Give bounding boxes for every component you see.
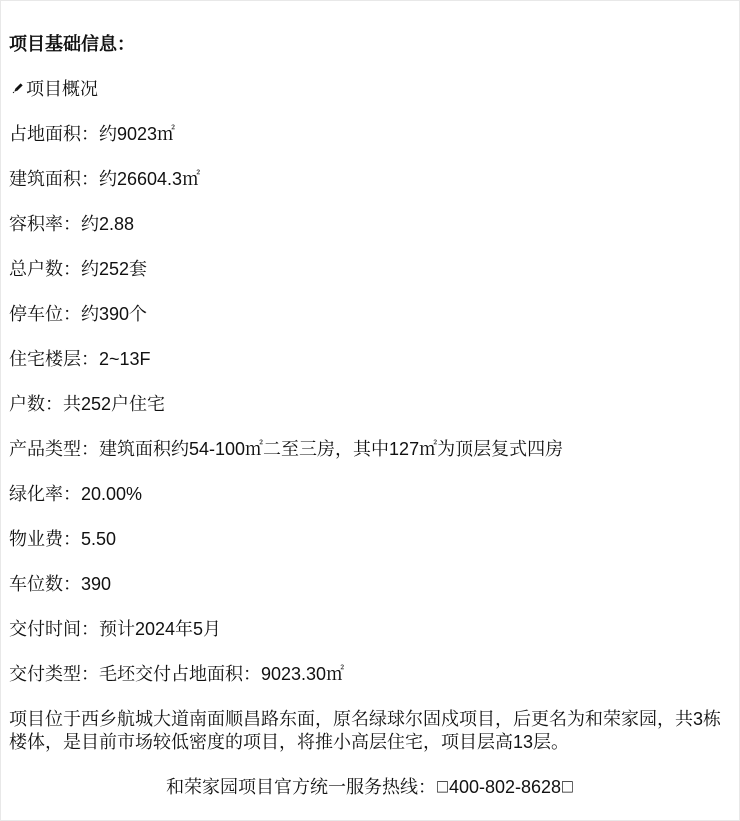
info-line-value: 预计2024年5月 — [99, 619, 221, 639]
info-line: 总户数：约252套 — [9, 258, 731, 281]
section-heading: 项目概况 — [9, 78, 731, 101]
info-line-label: 交付时间： — [9, 619, 99, 639]
tofu-box-icon: □ — [561, 775, 574, 799]
hotline-label: 和荣家园项目官方统一服务热线： — [166, 777, 436, 797]
info-line: 物业费：5.50 — [9, 528, 731, 551]
info-line-label: 交付类型： — [9, 664, 99, 684]
info-line-value: 约2.88 — [81, 214, 134, 234]
info-line-value: 5.50 — [81, 529, 116, 549]
info-line-label: 物业费： — [9, 529, 81, 549]
page-title: 项目基础信息： — [9, 33, 731, 56]
info-line-value: 毛坯交付占地面积：9023.30㎡ — [99, 664, 344, 684]
section-heading-label: 项目概况 — [26, 79, 98, 99]
info-line-label: 容积率： — [9, 214, 81, 234]
info-line: 容积率：约2.88 — [9, 213, 731, 236]
info-line: 交付类型：毛坯交付占地面积：9023.30㎡ — [9, 663, 731, 686]
info-line-value: 约9023㎡ — [99, 124, 175, 144]
info-line-value: 20.00% — [81, 484, 142, 504]
tofu-box-icon: □ — [436, 775, 449, 799]
info-line-label: 占地面积： — [9, 124, 99, 144]
info-line: 占地面积：约9023㎡ — [9, 123, 731, 146]
info-line-label: 户数： — [9, 394, 63, 414]
info-line: 绿化率：20.00% — [9, 483, 731, 506]
info-line: 产品类型：建筑面积约54-100㎡二至三房，其中127㎡为顶层复式四房 — [9, 438, 731, 461]
info-line-label: 建筑面积： — [9, 169, 99, 189]
info-line: 停车位：约390个 — [9, 303, 731, 326]
hotline: 和荣家园项目官方统一服务热线：□400-802-8628□ — [9, 776, 731, 799]
info-line: 住宅楼层：2~13F — [9, 348, 731, 371]
pencil-icon — [9, 80, 25, 96]
document-page: 项目基础信息： 项目概况 占地面积：约9023㎡ 建筑面积：约26604.3㎡ … — [0, 0, 740, 821]
info-line: 建筑面积：约26604.3㎡ — [9, 168, 731, 191]
info-line: 户数：共252户住宅 — [9, 393, 731, 416]
info-line-label: 产品类型： — [9, 439, 99, 459]
info-line-label: 车位数： — [9, 574, 81, 594]
info-line-label: 停车位： — [9, 304, 81, 324]
info-line-label: 绿化率： — [9, 484, 81, 504]
info-line-value: 约252套 — [81, 259, 147, 279]
info-line-value: 约26604.3㎡ — [99, 169, 200, 189]
info-line-value: 建筑面积约54-100㎡二至三房，其中127㎡为顶层复式四房 — [99, 439, 563, 459]
info-line-label: 总户数： — [9, 259, 81, 279]
info-line-value: 2~13F — [99, 349, 151, 369]
info-line-value: 共252户住宅 — [63, 394, 165, 414]
info-line-value: 约390个 — [81, 304, 147, 324]
info-line: 车位数：390 — [9, 573, 731, 596]
info-line: 交付时间：预计2024年5月 — [9, 618, 731, 641]
info-line-label: 住宅楼层： — [9, 349, 99, 369]
description-paragraph: 项目位于西乡航城大道南面顺昌路东面，原名绿球尔固戍项目，后更名为和荣家园，共3栋… — [9, 708, 731, 754]
info-line-value: 390 — [81, 574, 111, 594]
hotline-number: 400-802-8628 — [449, 777, 561, 797]
